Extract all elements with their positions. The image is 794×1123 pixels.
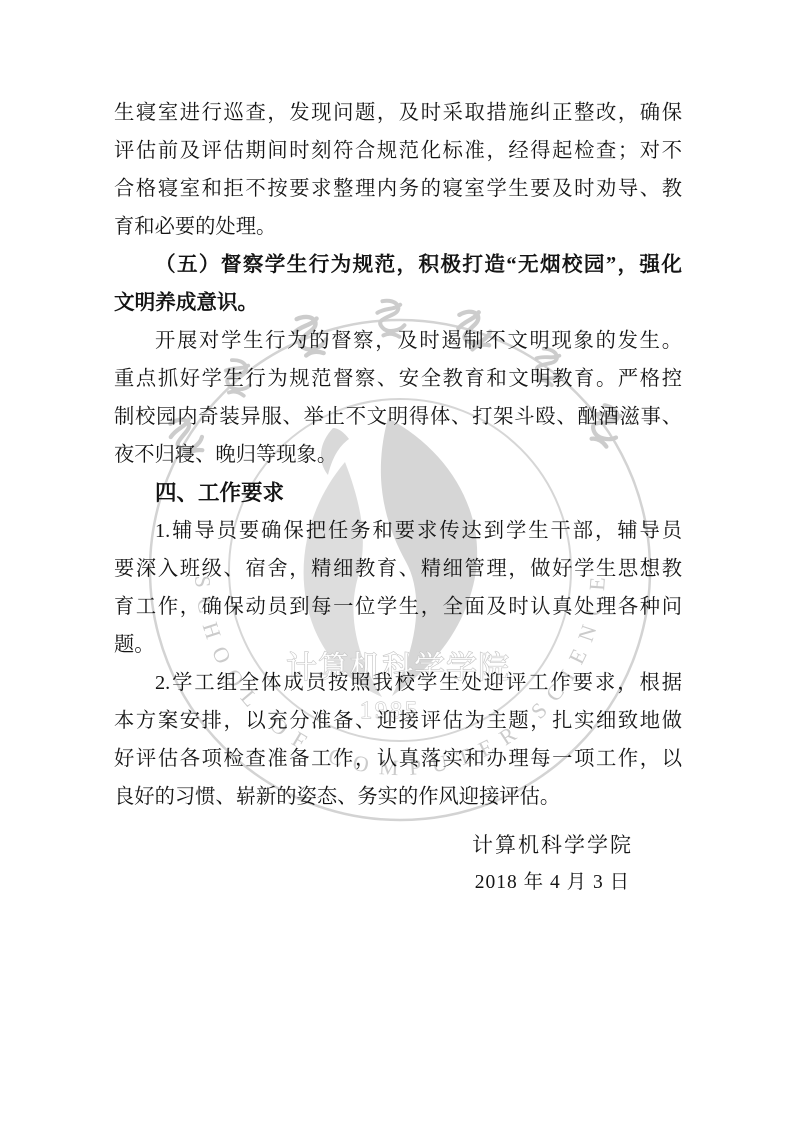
body-text-line: 重点抓好学生行为规范督察、安全教育和文明教育。严格控 [114, 360, 682, 398]
body-text-line: 育和必要的处理。 [114, 208, 682, 246]
section-heading-line: 文明养成意识。 [114, 284, 682, 322]
signature-block: 计算机科学学院 2018 年 4 月 3 日 [430, 826, 675, 902]
body-text-line: 要深入班级、宿舍，精细教育、精细管理，做好学生思想教 [114, 550, 682, 588]
body-text-line: 1.辅导员要确保把任务和要求传达到学生干部，辅导员 [114, 512, 682, 550]
body-text-line: 制校园内奇装异服、举止不文明得体、打架斗殴、酗酒滋事、 [114, 398, 682, 436]
body-text-line: 评估前及评估期间时刻符合规范化标准，经得起检查；对不 [114, 132, 682, 170]
body-text-line: 夜不归寝、晚归等现象。 [114, 436, 682, 474]
body-text-line: 好评估各项检查准备工作，认真落实和办理每一项工作，以 [114, 740, 682, 778]
body-text-line: 题。 [114, 626, 682, 664]
body-text-line: 生寝室进行巡查，发现问题，及时采取措施纠正整改，确保 [114, 94, 682, 132]
section-heading-line: （五）督察学生行为规范，积极打造“无烟校园”，强化 [114, 246, 682, 284]
body-text-line: 育工作，确保动员到每一位学生，全面及时认真处理各种问 [114, 588, 682, 626]
document-page: SCHOOL OF COMPUTER SCIENCE 计算机科学学院 1985 … [0, 0, 794, 1123]
chapter-heading-line: 四、工作要求 [114, 474, 682, 512]
signature-organization: 计算机科学学院 [430, 826, 675, 864]
body-text-line: 合格寝室和拒不按要求整理内务的寝室学生要及时劝导、教 [114, 170, 682, 208]
document-body: 生寝室进行巡查，发现问题，及时采取措施纠正整改，确保评估前及评估期间时刻符合规范… [114, 94, 682, 816]
body-text-line: 开展对学生行为的督察，及时遏制不文明现象的发生。 [114, 322, 682, 360]
body-text-line: 本方案安排，以充分准备、迎接评估为主题，扎实细致地做 [114, 702, 682, 740]
body-text-line: 2.学工组全体成员按照我校学生处迎评工作要求，根据 [114, 664, 682, 702]
signature-date: 2018 年 4 月 3 日 [430, 864, 675, 902]
body-text-line: 良好的习惯、崭新的姿态、务实的作风迎接评估。 [114, 778, 682, 816]
